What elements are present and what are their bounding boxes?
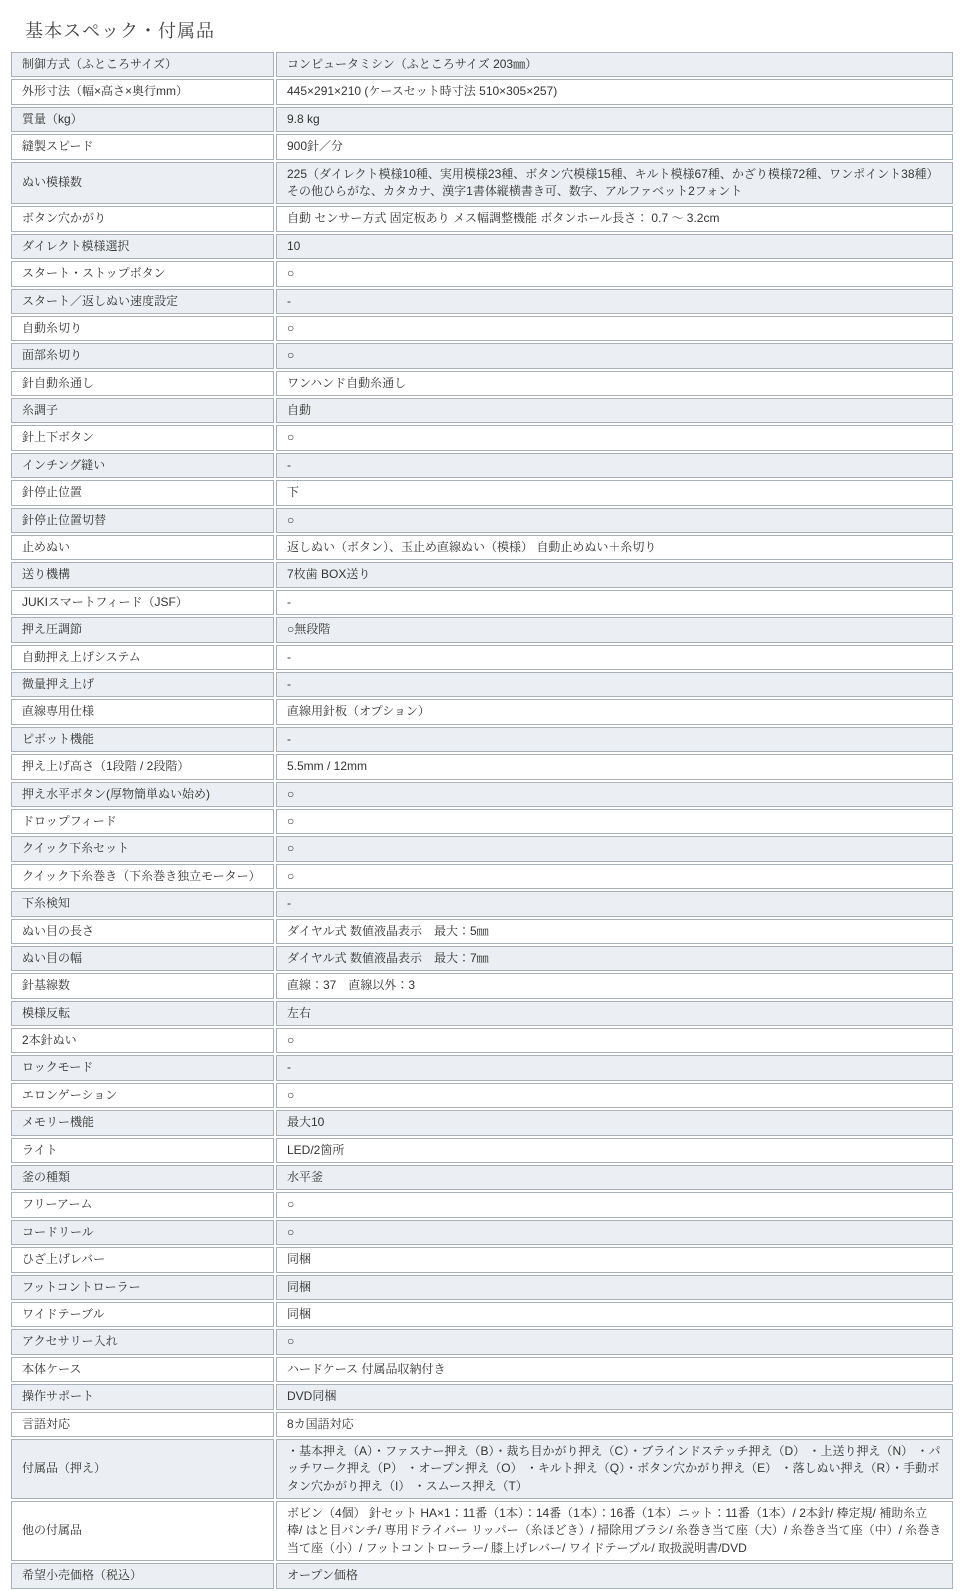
spec-value-cell: - (276, 453, 953, 478)
spec-value-cell: ○ (276, 508, 953, 533)
spec-label-cell: 針上下ボタン (11, 425, 274, 450)
spec-label-cell: 希望小売価格（税込） (11, 1563, 274, 1588)
spec-value-cell: - (276, 727, 953, 752)
spec-label-cell: 微量押え上げ (11, 672, 274, 697)
spec-label-cell: ボタン穴かがり (11, 206, 274, 231)
table-row: 釜の種類 水平釜 (11, 1165, 953, 1190)
spec-label-cell: 縫製スピード (11, 134, 274, 159)
spec-value-cell: ワンハンド自動糸通し (276, 371, 953, 396)
table-row: ピボット機能 - (11, 727, 953, 752)
spec-label-cell: アクセサリー入れ (11, 1329, 274, 1354)
spec-label-cell: 押え水平ボタン(厚物簡単ぬい始め) (11, 782, 274, 807)
spec-value-cell: - (276, 891, 953, 916)
spec-value-cell: ○ (276, 1192, 953, 1217)
spec-label-cell: 糸調子 (11, 398, 274, 423)
spec-label-cell: 自動糸切り (11, 316, 274, 341)
table-row: 外形寸法（幅×高さ×奥行mm） 445×291×210 (ケースセット時寸法 5… (11, 79, 953, 104)
spec-value-cell: 返しぬい（ボタン）、玉止め直線ぬい（模様） 自動止めぬい＋糸切り (276, 535, 953, 560)
spec-value-cell: ・基本押え（A）・ファスナー押え（B）・裁ち目かがり押え（C）・ブラインドステッ… (276, 1439, 953, 1499)
spec-label-cell: インチング縫い (11, 453, 274, 478)
table-row: 針基線数 直線：37 直線以外：3 (11, 973, 953, 998)
table-row: ひざ上げレバー 同梱 (11, 1247, 953, 1272)
spec-label-cell: 止めぬい (11, 535, 274, 560)
table-row: ぬい目の幅 ダイヤル式 数値液晶表示 最大：7㎜ (11, 946, 953, 971)
table-row: 糸調子 自動 (11, 398, 953, 423)
spec-label-cell: スタート・ストップボタン (11, 261, 274, 286)
spec-label-cell: 送り機構 (11, 562, 274, 587)
table-row: 操作サポート DVD同梱 (11, 1384, 953, 1409)
spec-label-cell: ロックモード (11, 1055, 274, 1080)
spec-label-cell: ドロップフィード (11, 809, 274, 834)
spec-value-cell: LED/2箇所 (276, 1138, 953, 1163)
table-row: スタート／返しぬい速度設定 - (11, 289, 953, 314)
spec-label-cell: フリーアーム (11, 1192, 274, 1217)
table-row: ロックモード - (11, 1055, 953, 1080)
table-row: インチング縫い - (11, 453, 953, 478)
spec-value-cell: ハードケース 付属品収納付き (276, 1357, 953, 1382)
table-row: 2本針ぬい ○ (11, 1028, 953, 1053)
table-row: 自動押え上げシステム - (11, 645, 953, 670)
spec-value-cell: ○ (276, 425, 953, 450)
table-row: 針停止位置 下 (11, 480, 953, 505)
table-row: 下糸検知 - (11, 891, 953, 916)
spec-label-cell: 2本針ぬい (11, 1028, 274, 1053)
spec-value-cell: ○ (276, 1083, 953, 1108)
table-row: 面部糸切り ○ (11, 343, 953, 368)
spec-value-cell: 8カ国語対応 (276, 1412, 953, 1437)
spec-label-cell: 針自動糸通し (11, 371, 274, 396)
page-title: 基本スペック・付属品 (25, 17, 970, 43)
table-row: メモリー機能 最大10 (11, 1110, 953, 1135)
table-row: 針上下ボタン ○ (11, 425, 953, 450)
spec-value-cell: 9.8 kg (276, 107, 953, 132)
table-row: コードリール ○ (11, 1220, 953, 1245)
spec-label-cell: 直線専用仕様 (11, 699, 274, 724)
spec-label-cell: コードリール (11, 1220, 274, 1245)
spec-value-cell: ○ (276, 809, 953, 834)
spec-table: 制御方式（ふところサイズ） コンピュータミシン（ふところサイズ 203㎜） 外形… (9, 50, 955, 1591)
spec-value-cell: 5.5mm / 12mm (276, 754, 953, 779)
spec-label-cell: 押え上げ高さ（1段階 / 2段階） (11, 754, 274, 779)
table-row: ぬい模様数 225（ダイレクト模様10種、実用模様23種、ボタン穴模様15種、キ… (11, 162, 953, 205)
spec-label-cell: 他の付属品 (11, 1501, 274, 1561)
table-row: 針自動糸通し ワンハンド自動糸通し (11, 371, 953, 396)
table-row: 本体ケース ハードケース 付属品収納付き (11, 1357, 953, 1382)
spec-value-cell: 自動 (276, 398, 953, 423)
table-row: 押え圧調節 ○無段階 (11, 617, 953, 642)
table-row: 針停止位置切替 ○ (11, 508, 953, 533)
table-row: ライト LED/2箇所 (11, 1138, 953, 1163)
spec-value-cell: ○ (276, 316, 953, 341)
spec-label-cell: 操作サポート (11, 1384, 274, 1409)
table-row: スタート・ストップボタン ○ (11, 261, 953, 286)
spec-label-cell: 付属品（押え） (11, 1439, 274, 1499)
spec-value-cell: 最大10 (276, 1110, 953, 1135)
spec-label-cell: ぬい目の幅 (11, 946, 274, 971)
spec-label-cell: 外形寸法（幅×高さ×奥行mm） (11, 79, 274, 104)
table-row: 自動糸切り ○ (11, 316, 953, 341)
spec-value-cell: ○ (276, 343, 953, 368)
table-row: ボタン穴かがり 自動 センサー方式 固定板あり メス幅調整機能 ボタンホール長さ… (11, 206, 953, 231)
spec-value-cell: - (276, 1055, 953, 1080)
table-row: 制御方式（ふところサイズ） コンピュータミシン（ふところサイズ 203㎜） (11, 52, 953, 77)
spec-label-cell: ライト (11, 1138, 274, 1163)
spec-label-cell: 面部糸切り (11, 343, 274, 368)
spec-value-cell: ○ (276, 782, 953, 807)
spec-label-cell: 押え圧調節 (11, 617, 274, 642)
spec-label-cell: ひざ上げレバー (11, 1247, 274, 1272)
spec-value-cell: ○ (276, 1220, 953, 1245)
table-row: 縫製スピード 900針／分 (11, 134, 953, 159)
spec-value-cell: - (276, 672, 953, 697)
spec-label-cell: 本体ケース (11, 1357, 274, 1382)
table-row: JUKIスマートフィード（JSF） - (11, 590, 953, 615)
spec-value-cell: 445×291×210 (ケースセット時寸法 510×305×257) (276, 79, 953, 104)
table-row: フットコントローラー 同梱 (11, 1275, 953, 1300)
table-row: 押え水平ボタン(厚物簡単ぬい始め) ○ (11, 782, 953, 807)
spec-value-cell: 10 (276, 234, 953, 259)
table-row: 質量（kg） 9.8 kg (11, 107, 953, 132)
spec-label-cell: クイック下糸セット (11, 836, 274, 861)
spec-value-cell: ダイヤル式 数値液晶表示 最大：7㎜ (276, 946, 953, 971)
table-row: 希望小売価格（税込） オープン価格 (11, 1563, 953, 1588)
table-row: 直線専用仕様 直線用針板（オプション） (11, 699, 953, 724)
spec-label-cell: 針基線数 (11, 973, 274, 998)
spec-label-cell: 針停止位置 (11, 480, 274, 505)
table-row: 他の付属品 ボビン（4個） 針セット HA×1：11番（1本）：14番（1本）：… (11, 1501, 953, 1561)
spec-value-cell: コンピュータミシン（ふところサイズ 203㎜） (276, 52, 953, 77)
spec-value-cell: - (276, 289, 953, 314)
spec-label-cell: スタート／返しぬい速度設定 (11, 289, 274, 314)
spec-label-cell: ピボット機能 (11, 727, 274, 752)
spec-label-cell: 自動押え上げシステム (11, 645, 274, 670)
spec-value-cell: オープン価格 (276, 1563, 953, 1588)
spec-label-cell: 質量（kg） (11, 107, 274, 132)
spec-value-cell: ボビン（4個） 針セット HA×1：11番（1本）：14番（1本）：16番（1本… (276, 1501, 953, 1561)
spec-value-cell: ○無段階 (276, 617, 953, 642)
spec-label-cell: クイック下糸巻き（下糸巻き独立モーター） (11, 864, 274, 889)
spec-value-cell: 直線：37 直線以外：3 (276, 973, 953, 998)
spec-value-cell: ○ (276, 1329, 953, 1354)
spec-value-cell: 7枚歯 BOX送り (276, 562, 953, 587)
spec-value-cell: 水平釜 (276, 1165, 953, 1190)
spec-label-cell: メモリー機能 (11, 1110, 274, 1135)
spec-value-cell: 同梱 (276, 1275, 953, 1300)
spec-label-cell: 模様反転 (11, 1001, 274, 1026)
spec-label-cell: フットコントローラー (11, 1275, 274, 1300)
table-row: フリーアーム ○ (11, 1192, 953, 1217)
spec-label-cell: ぬい目の長さ (11, 919, 274, 944)
spec-value-cell: ○ (276, 836, 953, 861)
table-row: ぬい目の長さ ダイヤル式 数値液晶表示 最大：5㎜ (11, 919, 953, 944)
spec-label-cell: JUKIスマートフィード（JSF） (11, 590, 274, 615)
spec-value-cell: 自動 センサー方式 固定板あり メス幅調整機能 ボタンホール長さ： 0.7 ～ … (276, 206, 953, 231)
table-row: エロンゲーション ○ (11, 1083, 953, 1108)
table-row: 言語対応 8カ国語対応 (11, 1412, 953, 1437)
spec-label-cell: ワイドテーブル (11, 1302, 274, 1327)
table-row: 模様反転 左右 (11, 1001, 953, 1026)
table-row: 微量押え上げ - (11, 672, 953, 697)
table-row: ドロップフィード ○ (11, 809, 953, 834)
table-row: 送り機構 7枚歯 BOX送り (11, 562, 953, 587)
spec-value-cell: 直線用針板（オプション） (276, 699, 953, 724)
spec-table-body: 制御方式（ふところサイズ） コンピュータミシン（ふところサイズ 203㎜） 外形… (11, 52, 953, 1589)
spec-label-cell: 釜の種類 (11, 1165, 274, 1190)
spec-label-cell: ぬい模様数 (11, 162, 274, 205)
spec-label-cell: ダイレクト模様選択 (11, 234, 274, 259)
spec-label-cell: 制御方式（ふところサイズ） (11, 52, 274, 77)
spec-value-cell: - (276, 590, 953, 615)
spec-value-cell: ○ (276, 864, 953, 889)
spec-label-cell: 下糸検知 (11, 891, 274, 916)
table-row: ダイレクト模様選択 10 (11, 234, 953, 259)
table-row: 押え上げ高さ（1段階 / 2段階） 5.5mm / 12mm (11, 754, 953, 779)
spec-value-cell: 左右 (276, 1001, 953, 1026)
spec-label-cell: エロンゲーション (11, 1083, 274, 1108)
spec-value-cell: - (276, 645, 953, 670)
spec-value-cell: 同梱 (276, 1302, 953, 1327)
spec-label-cell: 言語対応 (11, 1412, 274, 1437)
table-row: ワイドテーブル 同梱 (11, 1302, 953, 1327)
spec-value-cell: 225（ダイレクト模様10種、実用模様23種、ボタン穴模様15種、キルト模様67… (276, 162, 953, 205)
spec-value-cell: 900針／分 (276, 134, 953, 159)
table-row: 止めぬい 返しぬい（ボタン）、玉止め直線ぬい（模様） 自動止めぬい＋糸切り (11, 535, 953, 560)
spec-value-cell: 下 (276, 480, 953, 505)
spec-label-cell: 針停止位置切替 (11, 508, 274, 533)
spec-page: 基本スペック・付属品 制御方式（ふところサイズ） コンピュータミシン（ふところサ… (0, 17, 970, 1591)
table-row: 付属品（押え） ・基本押え（A）・ファスナー押え（B）・裁ち目かがり押え（C）・… (11, 1439, 953, 1499)
spec-value-cell: DVD同梱 (276, 1384, 953, 1409)
spec-value-cell: ダイヤル式 数値液晶表示 最大：5㎜ (276, 919, 953, 944)
table-row: アクセサリー入れ ○ (11, 1329, 953, 1354)
table-row: クイック下糸セット ○ (11, 836, 953, 861)
spec-value-cell: ○ (276, 261, 953, 286)
spec-value-cell: 同梱 (276, 1247, 953, 1272)
spec-value-cell: ○ (276, 1028, 953, 1053)
table-row: クイック下糸巻き（下糸巻き独立モーター） ○ (11, 864, 953, 889)
